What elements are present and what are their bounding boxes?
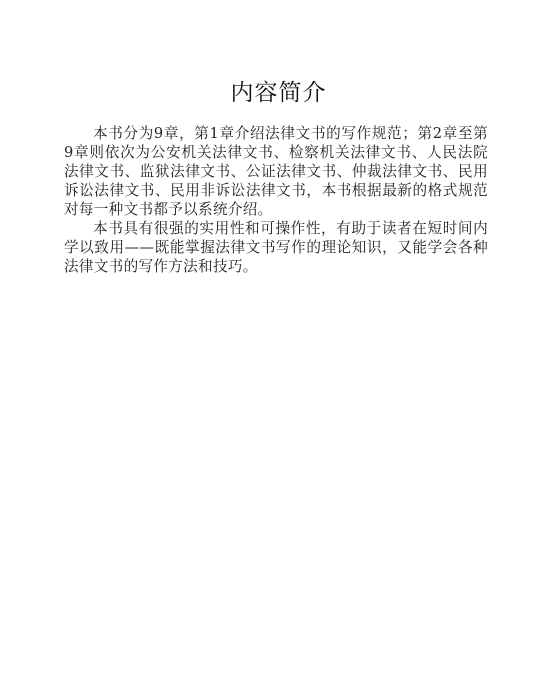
paragraph-2: 本书具有很强的实用性和可操作性，有助于读者在短时间内学以致用——既能掌握法律文书… bbox=[64, 219, 488, 276]
document-body: 本书分为9章，第1章介绍法律文书的写作规范；第2章至第9章则依次为公安机关法律文… bbox=[64, 124, 488, 276]
document-page: 内容简介 本书分为9章，第1章介绍法律文书的写作规范；第2章至第9章则依次为公安… bbox=[0, 0, 557, 686]
page-title: 内容简介 bbox=[0, 78, 557, 108]
paragraph-1: 本书分为9章，第1章介绍法律文书的写作规范；第2章至第9章则依次为公安机关法律文… bbox=[64, 124, 488, 219]
